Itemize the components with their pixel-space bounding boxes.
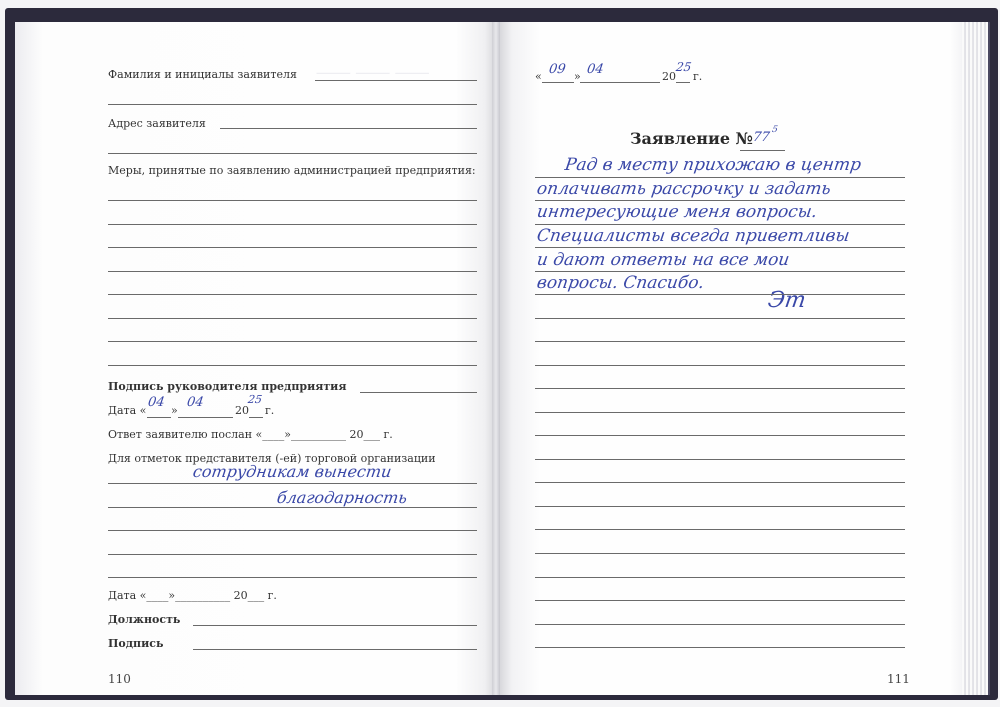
application-number-sup: 5 xyxy=(771,125,778,135)
application-line: вопросы. Спасибо. xyxy=(536,273,706,293)
decision-date-month-field[interactable] xyxy=(178,417,233,418)
decision-date-day: 04 xyxy=(147,395,166,410)
header-date-day: 09 xyxy=(548,62,567,77)
position-field[interactable] xyxy=(193,625,477,626)
header-date-year: 25 xyxy=(675,60,692,74)
measures-label: Меры, принятые по заявлению администраци… xyxy=(108,164,476,177)
right-page: « 09 » 04 20 25 г. Заявление № 77 5 Рад … xyxy=(500,22,962,695)
header-date-month: 04 xyxy=(586,62,605,77)
manager-signature-field[interactable] xyxy=(360,392,477,393)
signature-label: Подпись xyxy=(108,637,163,650)
left-page: ⸻ ⸻ ⸻ Фамилия и инициалы заявителя Адрес… xyxy=(15,22,495,695)
decision-date-year-field[interactable] xyxy=(249,417,263,418)
signature-field[interactable] xyxy=(193,649,477,650)
applicant-name-label: Фамилия и инициалы заявителя xyxy=(108,68,297,81)
applicant-name-field-line2[interactable] xyxy=(108,104,477,105)
page-number-left: 110 xyxy=(108,672,131,686)
application-number: 77 xyxy=(752,130,771,145)
application-line: и дают ответы на все мои xyxy=(536,250,791,270)
header-date-day-field[interactable] xyxy=(542,82,574,83)
decision-date-day-field[interactable] xyxy=(147,417,171,418)
decision-date-month: 04 xyxy=(186,395,205,410)
decision-date-year: 25 xyxy=(247,393,263,406)
applicant-address-label: Адрес заявителя xyxy=(108,117,206,130)
application-line: Рад в месту прихожаю в центр xyxy=(564,155,863,175)
bleed-through: ⸻ ⸻ ⸻ xyxy=(315,62,429,82)
reply-sent-label: Ответ заявителю послан «____»__________ … xyxy=(108,428,393,441)
position-label: Должность xyxy=(108,613,180,626)
header-date-month-field[interactable] xyxy=(580,82,660,83)
application-line: Специалисты всегда приветливы xyxy=(536,226,851,246)
application-line: оплачивать рассрочку и задать xyxy=(536,179,833,199)
header-date-year-field[interactable] xyxy=(676,82,690,83)
page-edges xyxy=(962,22,990,695)
applicant-signature: Эт xyxy=(766,288,807,313)
applicant-address-field-line2[interactable] xyxy=(108,153,477,154)
representative-note-line2: благодарность xyxy=(276,488,409,507)
applicant-name-field[interactable] xyxy=(315,80,477,81)
representative-note-line1: сотрудникам вынести xyxy=(192,462,393,481)
applicant-address-field[interactable] xyxy=(220,128,477,129)
application-number-field[interactable] xyxy=(740,150,785,151)
manager-signature-label: Подпись руководителя предприятия xyxy=(108,380,346,393)
application-line: интересующие меня вопросы. xyxy=(536,202,819,222)
bottom-date-label: Дата «____»__________ 20___ г. xyxy=(108,589,277,602)
application-title-label: Заявление № xyxy=(630,129,753,148)
page-number-right: 111 xyxy=(887,672,910,686)
